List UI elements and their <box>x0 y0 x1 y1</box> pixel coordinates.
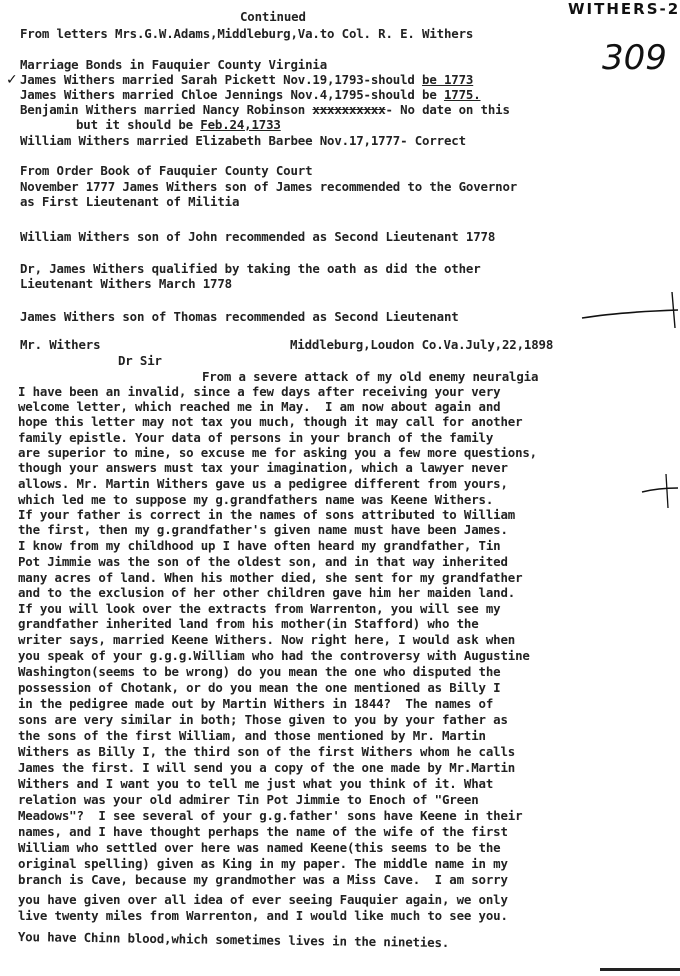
marriage-entry: James Withers married Chloe Jennings Nov… <box>20 88 481 102</box>
handwritten-page-number: 309 <box>602 38 667 78</box>
letter-body-line: the first, then my g.grandfather's given… <box>18 523 508 537</box>
letter-body-line: though your answers must tax your imagin… <box>18 461 508 475</box>
letter-body-line: Meadows"? I see several of your g.g.fath… <box>18 809 522 823</box>
letter-body-line: writer says, married Keene Withers. Now … <box>18 633 515 647</box>
handwritten-cross-icon <box>580 290 680 330</box>
handwritten-cross-icon <box>640 472 680 512</box>
letter-body-line: which led me to suppose my g.grandfather… <box>18 493 493 507</box>
letter-body-line: names, and I have thought perhaps the na… <box>18 825 508 839</box>
order-book-entry: James Withers son of Thomas recommended … <box>20 310 459 324</box>
letter-addressee: Mr. Withers <box>20 338 100 352</box>
checkmark-icon: ✓ <box>6 72 18 88</box>
letter-body-line: William who settled over here was named … <box>18 841 500 855</box>
letter-body-line: grandfather inherited land from his moth… <box>18 617 479 631</box>
letter-body-line: original spelling) given as King in my p… <box>18 857 508 871</box>
source-line: From letters Mrs.G.W.Adams,Middleburg,Va… <box>20 27 473 41</box>
marriage-entry-continued: but it should be Feb.24,1733 <box>76 118 281 132</box>
corrected-year: 1775. <box>444 87 481 102</box>
marriage-entry: William Withers married Elizabeth Barbee… <box>20 134 466 148</box>
order-book-entry: William Withers son of John recommended … <box>20 230 495 244</box>
letter-body-line: James the first. I will send you a copy … <box>18 761 515 775</box>
letter-body-line: If your father is correct in the names o… <box>18 508 515 522</box>
marriage-bonds-title: Marriage Bonds in Fauquier County Virgin… <box>20 58 327 72</box>
letter-body-line: and to the exclusion of her other childr… <box>18 586 515 600</box>
corrected-year: be 1773 <box>422 72 473 87</box>
letter-body-line: Washington(seems to be wrong) do you mea… <box>18 665 500 679</box>
letter-body-line: in the pedigree made out by Martin Withe… <box>18 697 493 711</box>
letter-body-line: you speak of your g.g.g.William who had … <box>18 649 530 663</box>
letter-body-line: welcome letter, which reached me in May.… <box>18 400 500 414</box>
order-book-line: November 1777 James Withers son of James… <box>20 180 517 194</box>
marriage-entry: Benjamin Withers married Nancy Robinson … <box>20 103 510 117</box>
continued-heading: Continued <box>240 10 306 24</box>
order-book-title: From Order Book of Fauquier County Court <box>20 164 312 178</box>
scan-edge-artifact <box>600 968 680 971</box>
letter-salutation: Dr Sir <box>118 354 162 368</box>
letter-body-line: are superior to mine, so excuse me for a… <box>18 446 537 460</box>
order-book-entry: Dr, James Withers qualified by taking th… <box>20 262 481 276</box>
order-book-entry: Lieutenant Withers March 1778 <box>20 277 232 291</box>
marriage-entry: James Withers married Sarah Pickett Nov.… <box>20 73 473 87</box>
letter-body-line: family epistle. Your data of persons in … <box>18 431 493 445</box>
letter-body-line: sons are very similar in both; Those giv… <box>18 713 508 727</box>
letter-body-line: If you will look over the extracts from … <box>18 602 500 616</box>
letter-body-line: relation was your old admirer Tin Pot Ji… <box>18 793 479 807</box>
letter-body-line: the sons of the first William, and those… <box>18 729 486 743</box>
letter-place-date: Middleburg,Loudon Co.Va.July,22,1898 <box>290 338 553 352</box>
letter-body-line: I know from my childhood up I have often… <box>18 539 500 553</box>
letter-body-line: Withers as Billy I, the third son of the… <box>18 745 515 759</box>
letter-body-line: many acres of land. When his mother died… <box>18 571 522 585</box>
letter-body-line: Pot Jimmie was the son of the oldest son… <box>18 555 508 569</box>
letter-body-line: allows. Mr. Martin Withers gave us a ped… <box>18 477 508 491</box>
letter-closing-line: You have Chinn blood,which sometimes liv… <box>18 930 449 950</box>
document-page: WITHERS-247 309 ✓ Continued From letters… <box>0 0 680 976</box>
order-book-line: as First Lieutenant of Militia <box>20 195 239 209</box>
letter-body-line: I have been an invalid, since a few days… <box>18 385 500 399</box>
corrected-date: Feb.24,1733 <box>200 117 280 132</box>
struck-text: xxxxxxxxxx <box>312 102 385 117</box>
letter-body-line: live twenty miles from Warrenton, and I … <box>18 909 508 923</box>
letter-body-line: hope this letter may not tax you much, t… <box>18 415 522 429</box>
letter-body-line: From a severe attack of my old enemy neu… <box>202 370 538 384</box>
letter-body-line: you have given over all idea of ever see… <box>18 893 508 907</box>
letter-body-line: possession of Chotank, or do you mean th… <box>18 681 500 695</box>
letter-body-line: branch is Cave, because my grandmother w… <box>18 873 508 887</box>
letter-body-line: Withers and I want you to tell me just w… <box>18 777 493 791</box>
handwritten-file-label: WITHERS-247 <box>568 0 680 18</box>
